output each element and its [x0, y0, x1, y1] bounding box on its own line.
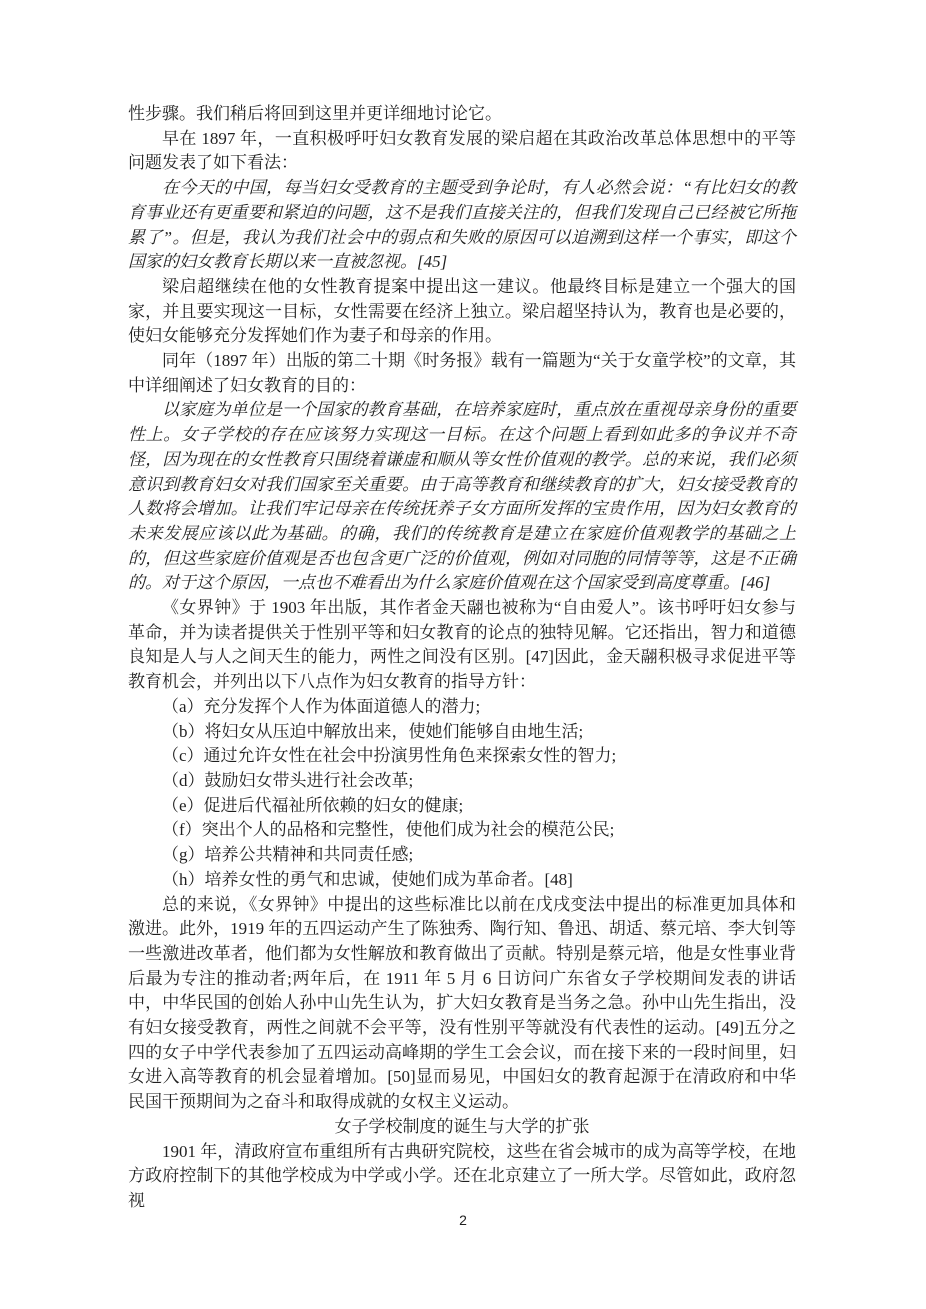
guideline-list-item: （g）培养公共精神和共同责任感;: [128, 843, 796, 868]
guideline-list-item: （a）充分发挥个人作为体面道德人的潜力;: [128, 695, 796, 720]
body-paragraph: 《女界钟》于 1903 年出版，其作者金天翮也被称为“自由爱人”。该书呼吁妇女参…: [128, 596, 796, 695]
page-number: 2: [0, 1212, 926, 1228]
body-paragraph: 梁启超继续在他的女性教育提案中提出这一建议。他最终目标是建立一个强大的国家，并且…: [128, 275, 796, 349]
document-body: 性步骤。我们稍后将回到这里并更详细地讨论它。早在 1897 年，一直积极呼吁妇女…: [128, 102, 796, 1214]
guideline-list-item: （h）培养女性的勇气和忠诚，使她们成为革命者。[48]: [128, 868, 796, 893]
guideline-list-item: （c）通过允许女性在社会中扮演男性角色来探索女性的智力;: [128, 744, 796, 769]
body-paragraph: 总的来说，《女界钟》中提出的这些标准比以前在戊戌变法中提出的标准更加具体和激进。…: [128, 893, 796, 1115]
guideline-list-item: （d）鼓励妇女带头进行社会改革;: [128, 769, 796, 794]
body-paragraph: 性步骤。我们稍后将回到这里并更详细地讨论它。: [128, 102, 796, 127]
document-page: 性步骤。我们稍后将回到这里并更详细地讨论它。早在 1897 年，一直积极呼吁妇女…: [0, 0, 926, 1309]
guideline-list-item: （b）将妇女从压迫中解放出来，使她们能够自由地生活;: [128, 720, 796, 745]
block-quote: 以家庭为单位是一个国家的教育基础，在培养家庭时，重点放在重视母亲身份的重要性上。…: [128, 398, 796, 596]
section-heading: 女子学校制度的诞生与大学的扩张: [128, 1115, 796, 1140]
body-paragraph: 早在 1897 年，一直积极呼吁妇女教育发展的梁启超在其政治改革总体思想中的平等…: [128, 127, 796, 176]
guideline-list-item: （e）促进后代福祉所依赖的妇女的健康;: [128, 794, 796, 819]
body-paragraph: 同年（1897 年）出版的第二十期《时务报》载有一篇题为“关于女童学校”的文章，…: [128, 349, 796, 398]
body-paragraph: 1901 年，清政府宣布重组所有古典研究院校，这些在省会城市的成为高等学校，在地…: [128, 1140, 796, 1214]
block-quote: 在今天的中国，每当妇女受教育的主题受到争论时，有人必然会说：“有比妇女的教育事业…: [128, 176, 796, 275]
guideline-list-item: （f）突出个人的品格和完整性，使他们成为社会的模范公民;: [128, 818, 796, 843]
